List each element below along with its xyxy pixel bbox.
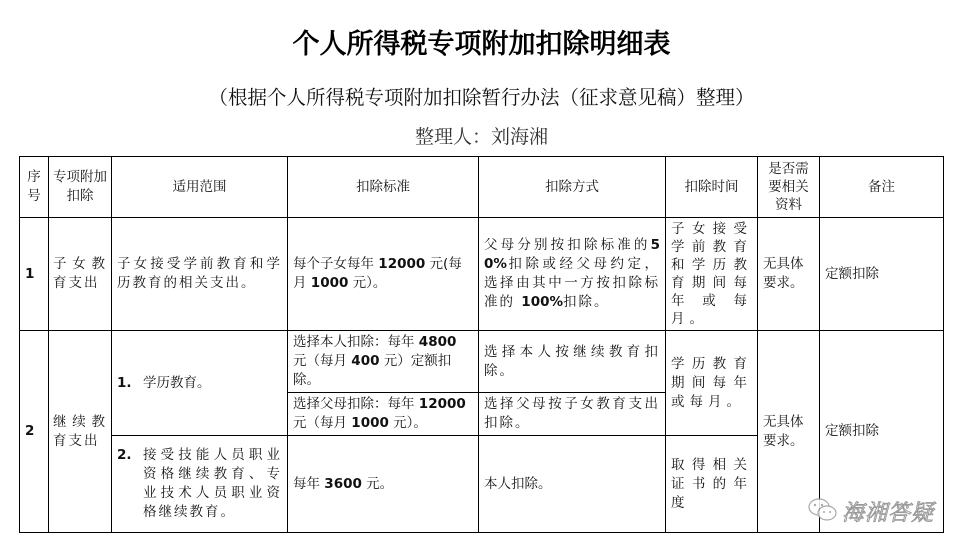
row2-method-parents: 选择父母按子女教育支出扣除。 [479,393,666,436]
row1-method: 父母分别按扣除标准的50%扣除或经父母约定，选择由其中一方按扣除标准的 100%… [479,218,666,331]
row1-time: 子女接受学前教育和学历教育期间每年或每月。 [666,218,758,331]
row2-standard-self: 选择本人扣除：每年 4800 元（每月 400 元）定额扣除。 [288,331,479,393]
watermark-text: 海湘答疑 [842,496,934,527]
watermark: 海湘答疑 [808,496,934,527]
row1-remark: 定额扣除 [820,218,944,331]
header-docs: 是否需要相关资料 [758,157,820,218]
row2-standard-parents: 选择父母扣除：每年 12000 元（每月 1000 元）。 [288,393,479,436]
author-name: 刘海湘 [491,122,548,149]
header-seq: 序号 [20,157,49,218]
table-row: 1 子女教育支出 子女接受学前教育和学历教育的相关支出。 每个子女每年 1200… [20,218,944,331]
row2-time-1: 学历教育期间每年或每月。 [666,331,758,436]
header-standard: 扣除标准 [288,157,479,218]
author-line: 整理人：刘海湘 [0,122,963,149]
author-label: 整理人： [415,122,491,149]
row2-scope-1: 1.学历教育。 [112,331,288,436]
row1-seq: 1 [20,218,49,331]
header-scope: 适用范围 [112,157,288,218]
row2-standard-2: 每年 3600 元。 [288,436,479,533]
wechat-icon [808,497,838,527]
table-header-row: 序号 专项附加扣除 适用范围 扣除标准 扣除方式 扣除时间 是否需要相关资料 备… [20,157,944,218]
row1-item: 子女教育支出 [49,218,112,331]
row1-scope: 子女接受学前教育和学历教育的相关支出。 [112,218,288,331]
header-remark: 备注 [820,157,944,218]
row2-item: 继续教育支出 [49,331,112,533]
header-method: 扣除方式 [479,157,666,218]
row2-seq: 2 [20,331,49,533]
document-title: 个人所得税专项附加扣除明细表 [0,22,963,61]
row2-scope-2: 2.接受技能人员职业资格继续教育、专业技术人员职业资格继续教育。 [112,436,288,533]
row2-method-2: 本人扣除。 [479,436,666,533]
header-time: 扣除时间 [666,157,758,218]
row2-method-self: 选择本人按继续教育扣除。 [479,331,666,393]
header-item: 专项附加扣除 [49,157,112,218]
row2-time-2: 取得相关证书的年度 [666,436,758,533]
document-subtitle: （根据个人所得税专项附加扣除暂行办法（征求意见稿）整理） [0,82,963,110]
deduction-table: 序号 专项附加扣除 适用范围 扣除标准 扣除方式 扣除时间 是否需要相关资料 备… [19,156,944,533]
row1-docs: 无具体要求。 [758,218,820,331]
table-row: 2 继续教育支出 1.学历教育。 选择本人扣除：每年 4800 元（每月 400… [20,331,944,393]
row1-standard: 每个子女每年 12000 元(每月 1000 元）。 [288,218,479,331]
